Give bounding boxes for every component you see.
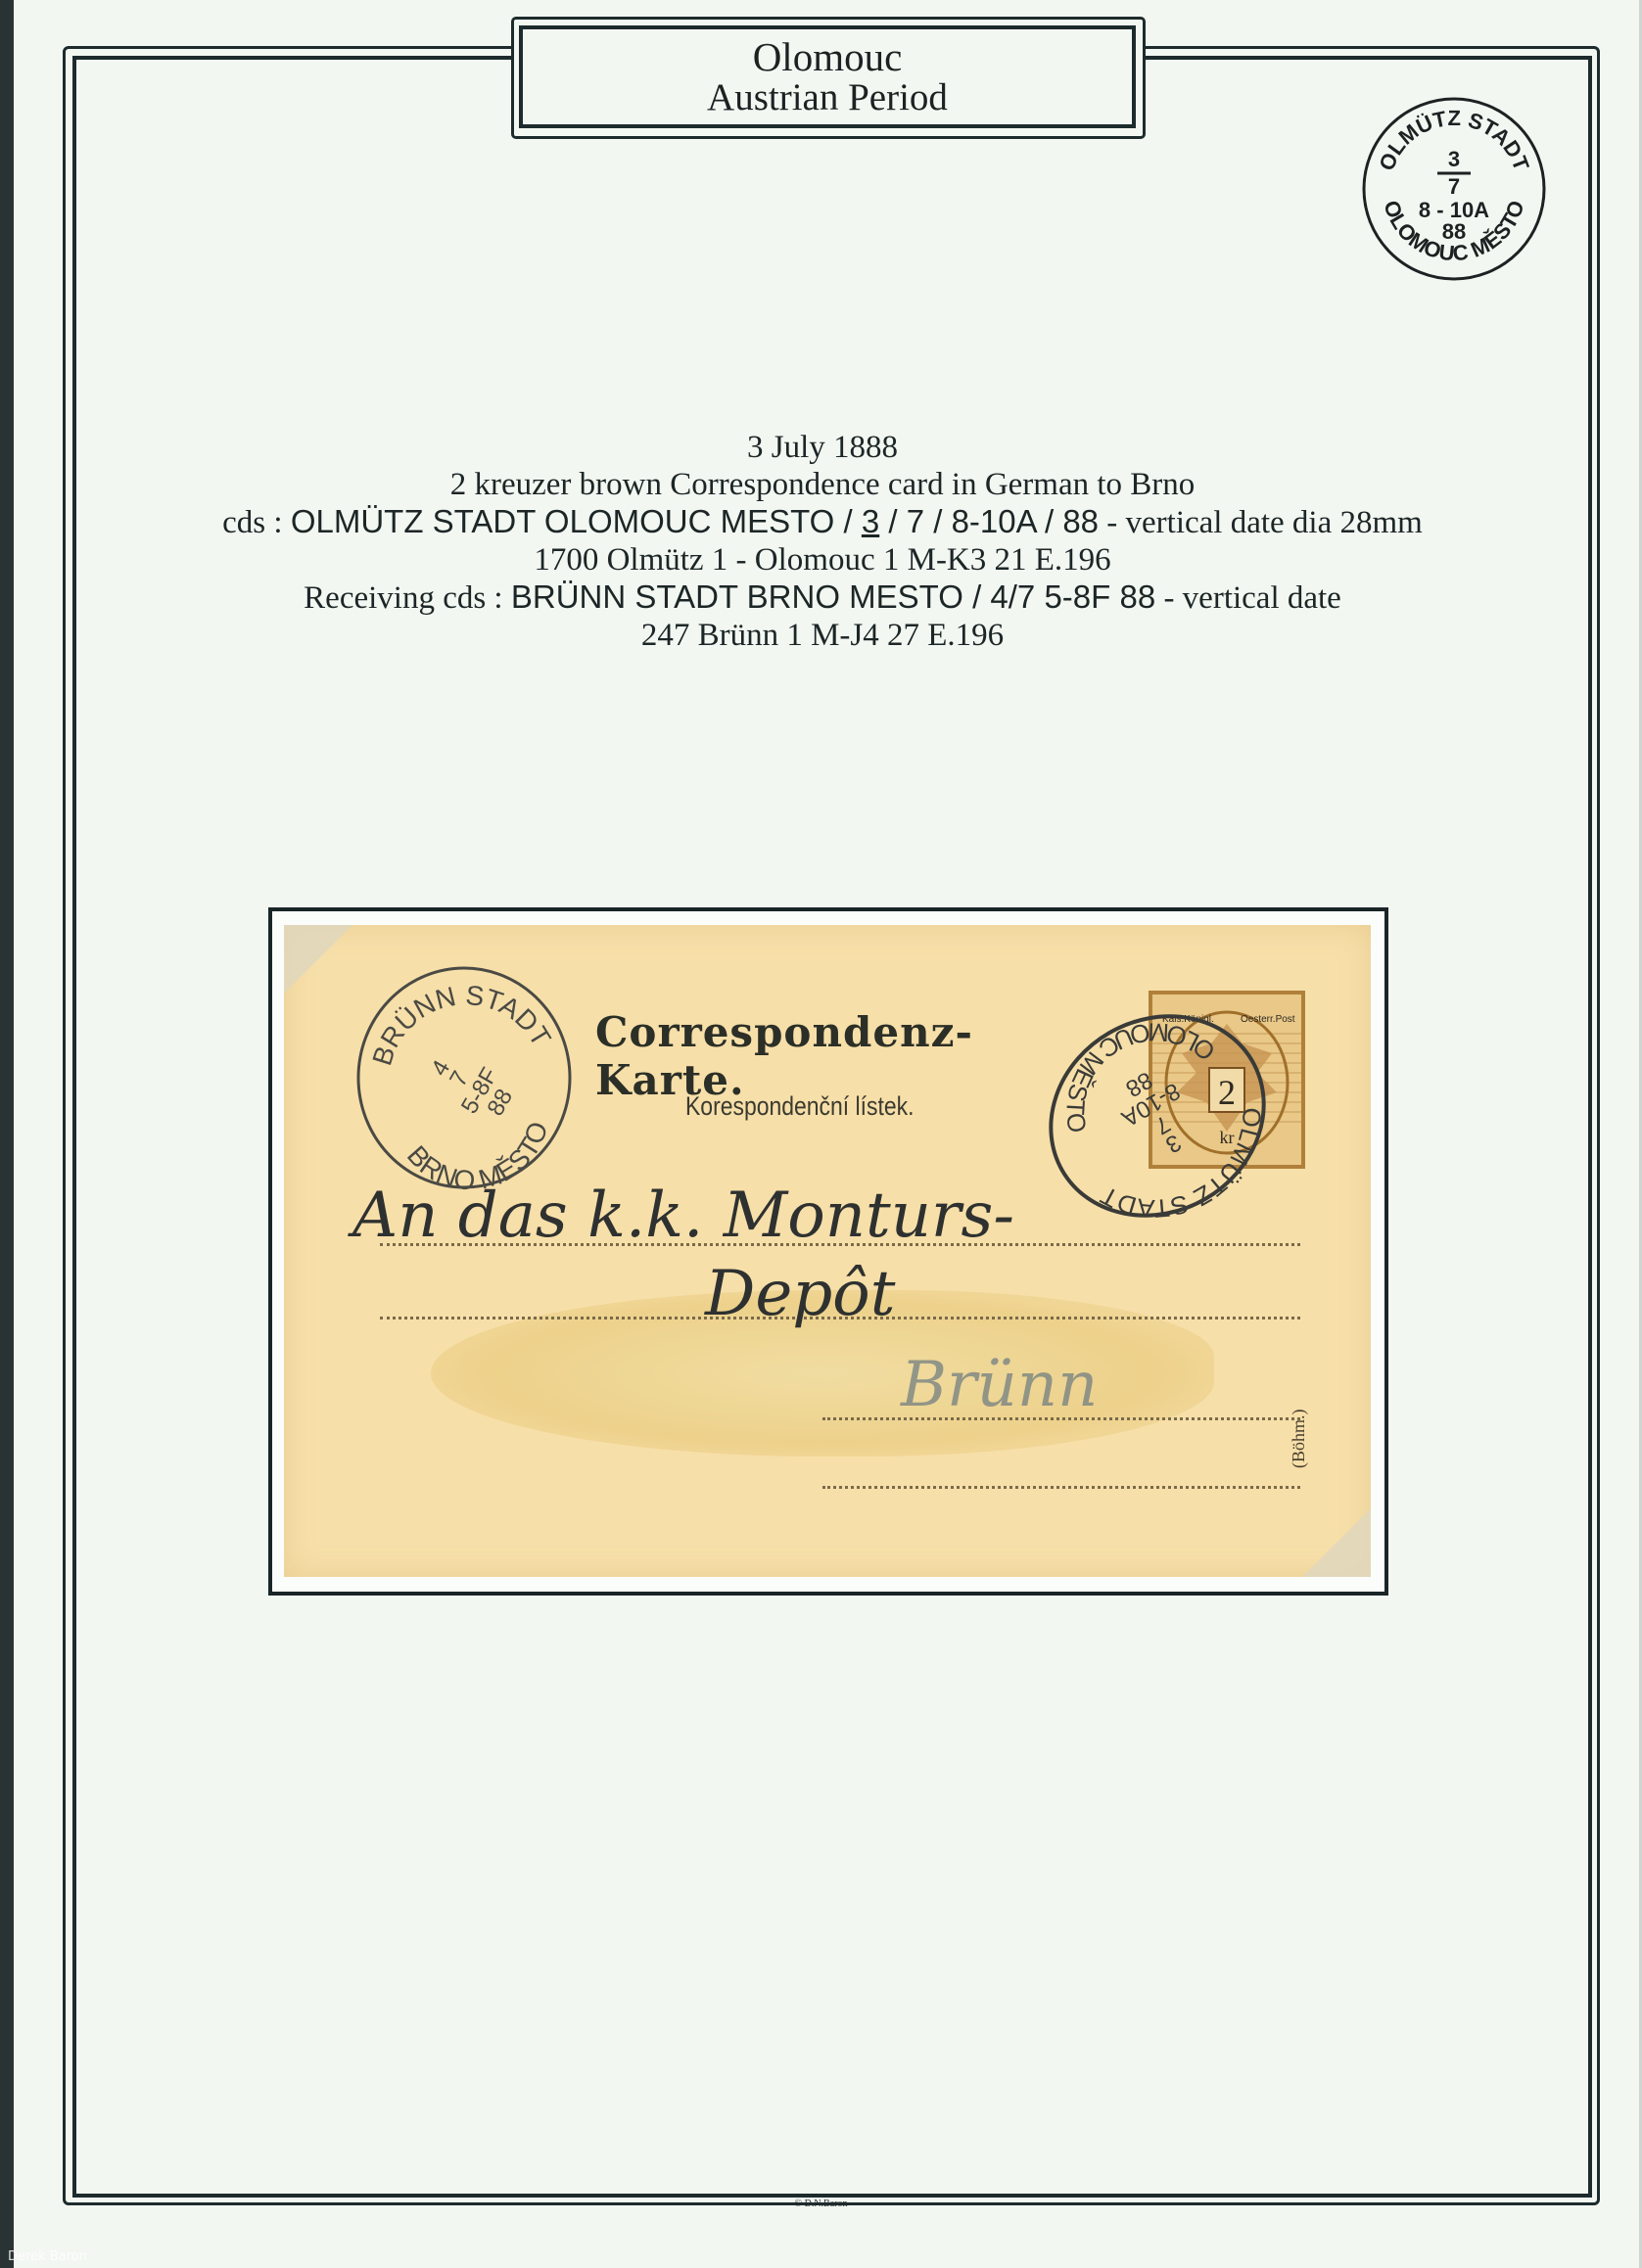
address-line-3: Brünn <box>901 1349 1098 1421</box>
page-title: Olomouc <box>753 36 903 77</box>
card-subtitle: Korespondenční lístek. <box>685 1091 914 1122</box>
description-receiving: Receiving cds : BRÜNN STADT BRNO MESTO /… <box>88 579 1557 617</box>
description-cds-ref: 1700 Olmütz 1 - Olomouc 1 M-K3 21 E.196 <box>88 541 1557 579</box>
receiving-postmark: BRÜNN STADT BRNO MĚSTO 4 7 5-8F 88 <box>351 964 578 1191</box>
description-date: 3 July 1888 <box>88 429 1557 466</box>
title-box: Olomouc Austrian Period <box>519 25 1136 128</box>
scan-edge <box>0 0 14 2268</box>
address-line-1: An das k.k. Monturs- <box>352 1180 1014 1252</box>
address-line-2: Depôt <box>705 1258 895 1330</box>
cds-date: / 7 / 8-10A / 88 <box>879 503 1099 539</box>
imprint-note: (Böhm.) <box>1289 1410 1309 1469</box>
receiving-name: BRÜNN STADT BRNO MESTO / 4/7 5-8F 88 <box>511 579 1155 615</box>
watermark: Derek Baron <box>8 2249 87 2264</box>
cds-day: 3 <box>862 503 879 539</box>
card-title: Correspondenz-Karte. <box>595 1008 1036 1104</box>
description-receiving-ref: 247 Brünn 1 M-J4 27 E.196 <box>88 617 1557 654</box>
copyright-notice: © D.N.Baron <box>0 2199 1642 2209</box>
cds-name: OLMÜTZ STADT OLOMOUC MESTO / <box>291 503 862 539</box>
description-item: 2 kreuzer brown Correspondence card in G… <box>88 466 1557 503</box>
postmark-illustration: OLMÜTZ STADT OLOMOUC MĚSTO 3 7 8 - 10A 8… <box>1361 96 1547 282</box>
postmark-month: 7 <box>1448 174 1460 199</box>
description-cds: cds : OLMÜTZ STADT OLOMOUC MESTO / 3 / 7… <box>88 503 1557 541</box>
postmark-day: 3 <box>1448 147 1460 171</box>
page-subtitle: Austrian Period <box>707 77 948 118</box>
origin-postmark: OLMÜTZ STADT OLOMOUC MĚSTO 3 7 8-10A 88 <box>1040 1013 1275 1219</box>
svg-text:OLMÜTZ STADT: OLMÜTZ STADT <box>1088 1094 1275 1219</box>
item-description: 3 July 1888 2 kreuzer brown Corresponden… <box>88 429 1557 654</box>
postmark-year: 88 <box>1442 219 1466 244</box>
address-line <box>822 1486 1300 1489</box>
